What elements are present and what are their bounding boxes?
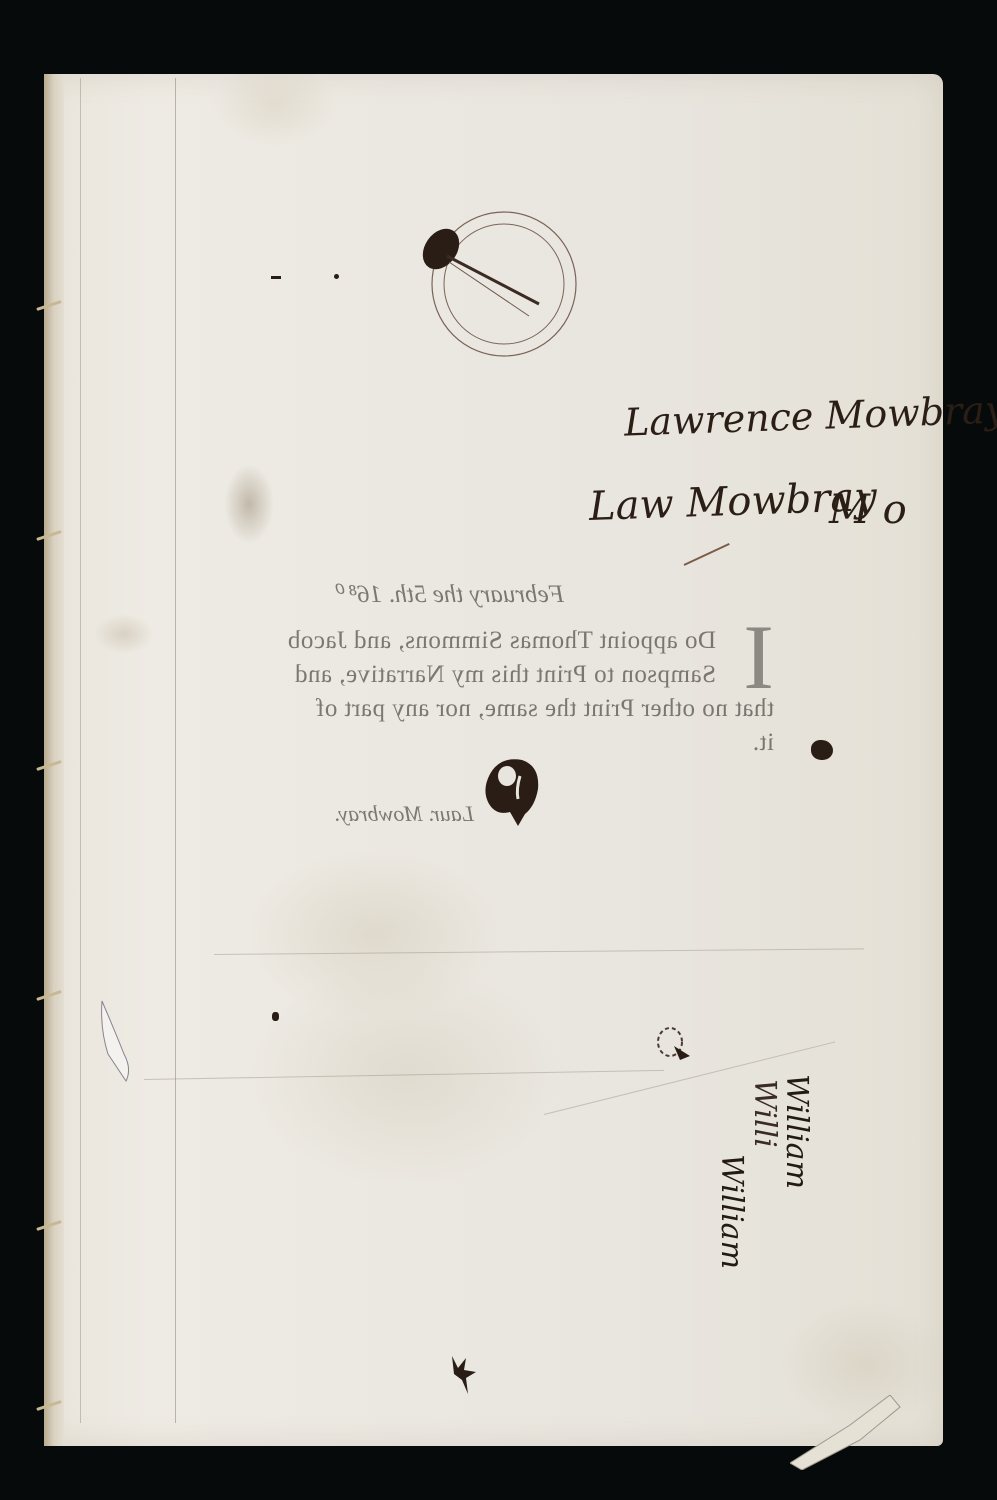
crease [214,948,864,955]
folded-corner-tab [790,1395,910,1470]
bleed-through-print: February the 5th. 16⁸⁰ I Do appoint Thom… [154,579,774,839]
print-line: Sampson to Print this my Narrative, and [294,661,716,689]
manuscript-page: Lawrence Mowbray Law Mowbray M o Februar… [44,74,943,1446]
ink-stroke [684,543,730,566]
print-drop-cap: I [743,611,774,703]
signature-flourish: M o [829,487,907,533]
print-line: that no other Print the same, nor any pa… [316,695,775,723]
signature-lawrence-mowbray: Lawrence Mowbray [623,387,997,444]
ink-dot [811,740,833,760]
fold-line [80,78,81,1423]
stain [94,614,154,654]
practice-signature: Willi [747,1079,782,1148]
ink-smudge [652,1024,702,1064]
print-signature: Laur. Mowbray. [334,801,474,827]
ink-dash [271,276,281,279]
ink-smudge-bottom [444,1350,484,1400]
torn-fragment [96,999,136,1089]
practice-signature: William [714,1154,749,1269]
print-date: February the 5th. 16⁸⁰ [338,579,564,609]
practice-signature: William [779,1074,814,1189]
print-line: it. [752,729,774,757]
stain [224,464,274,544]
ink-dot [334,274,339,279]
ink-speck [272,1012,279,1021]
crease [144,1070,664,1080]
seal-ring-mark [419,204,589,364]
print-line: Do appoint Thomas Simmons, and Jacob [287,627,716,655]
ink-blot [480,754,550,829]
